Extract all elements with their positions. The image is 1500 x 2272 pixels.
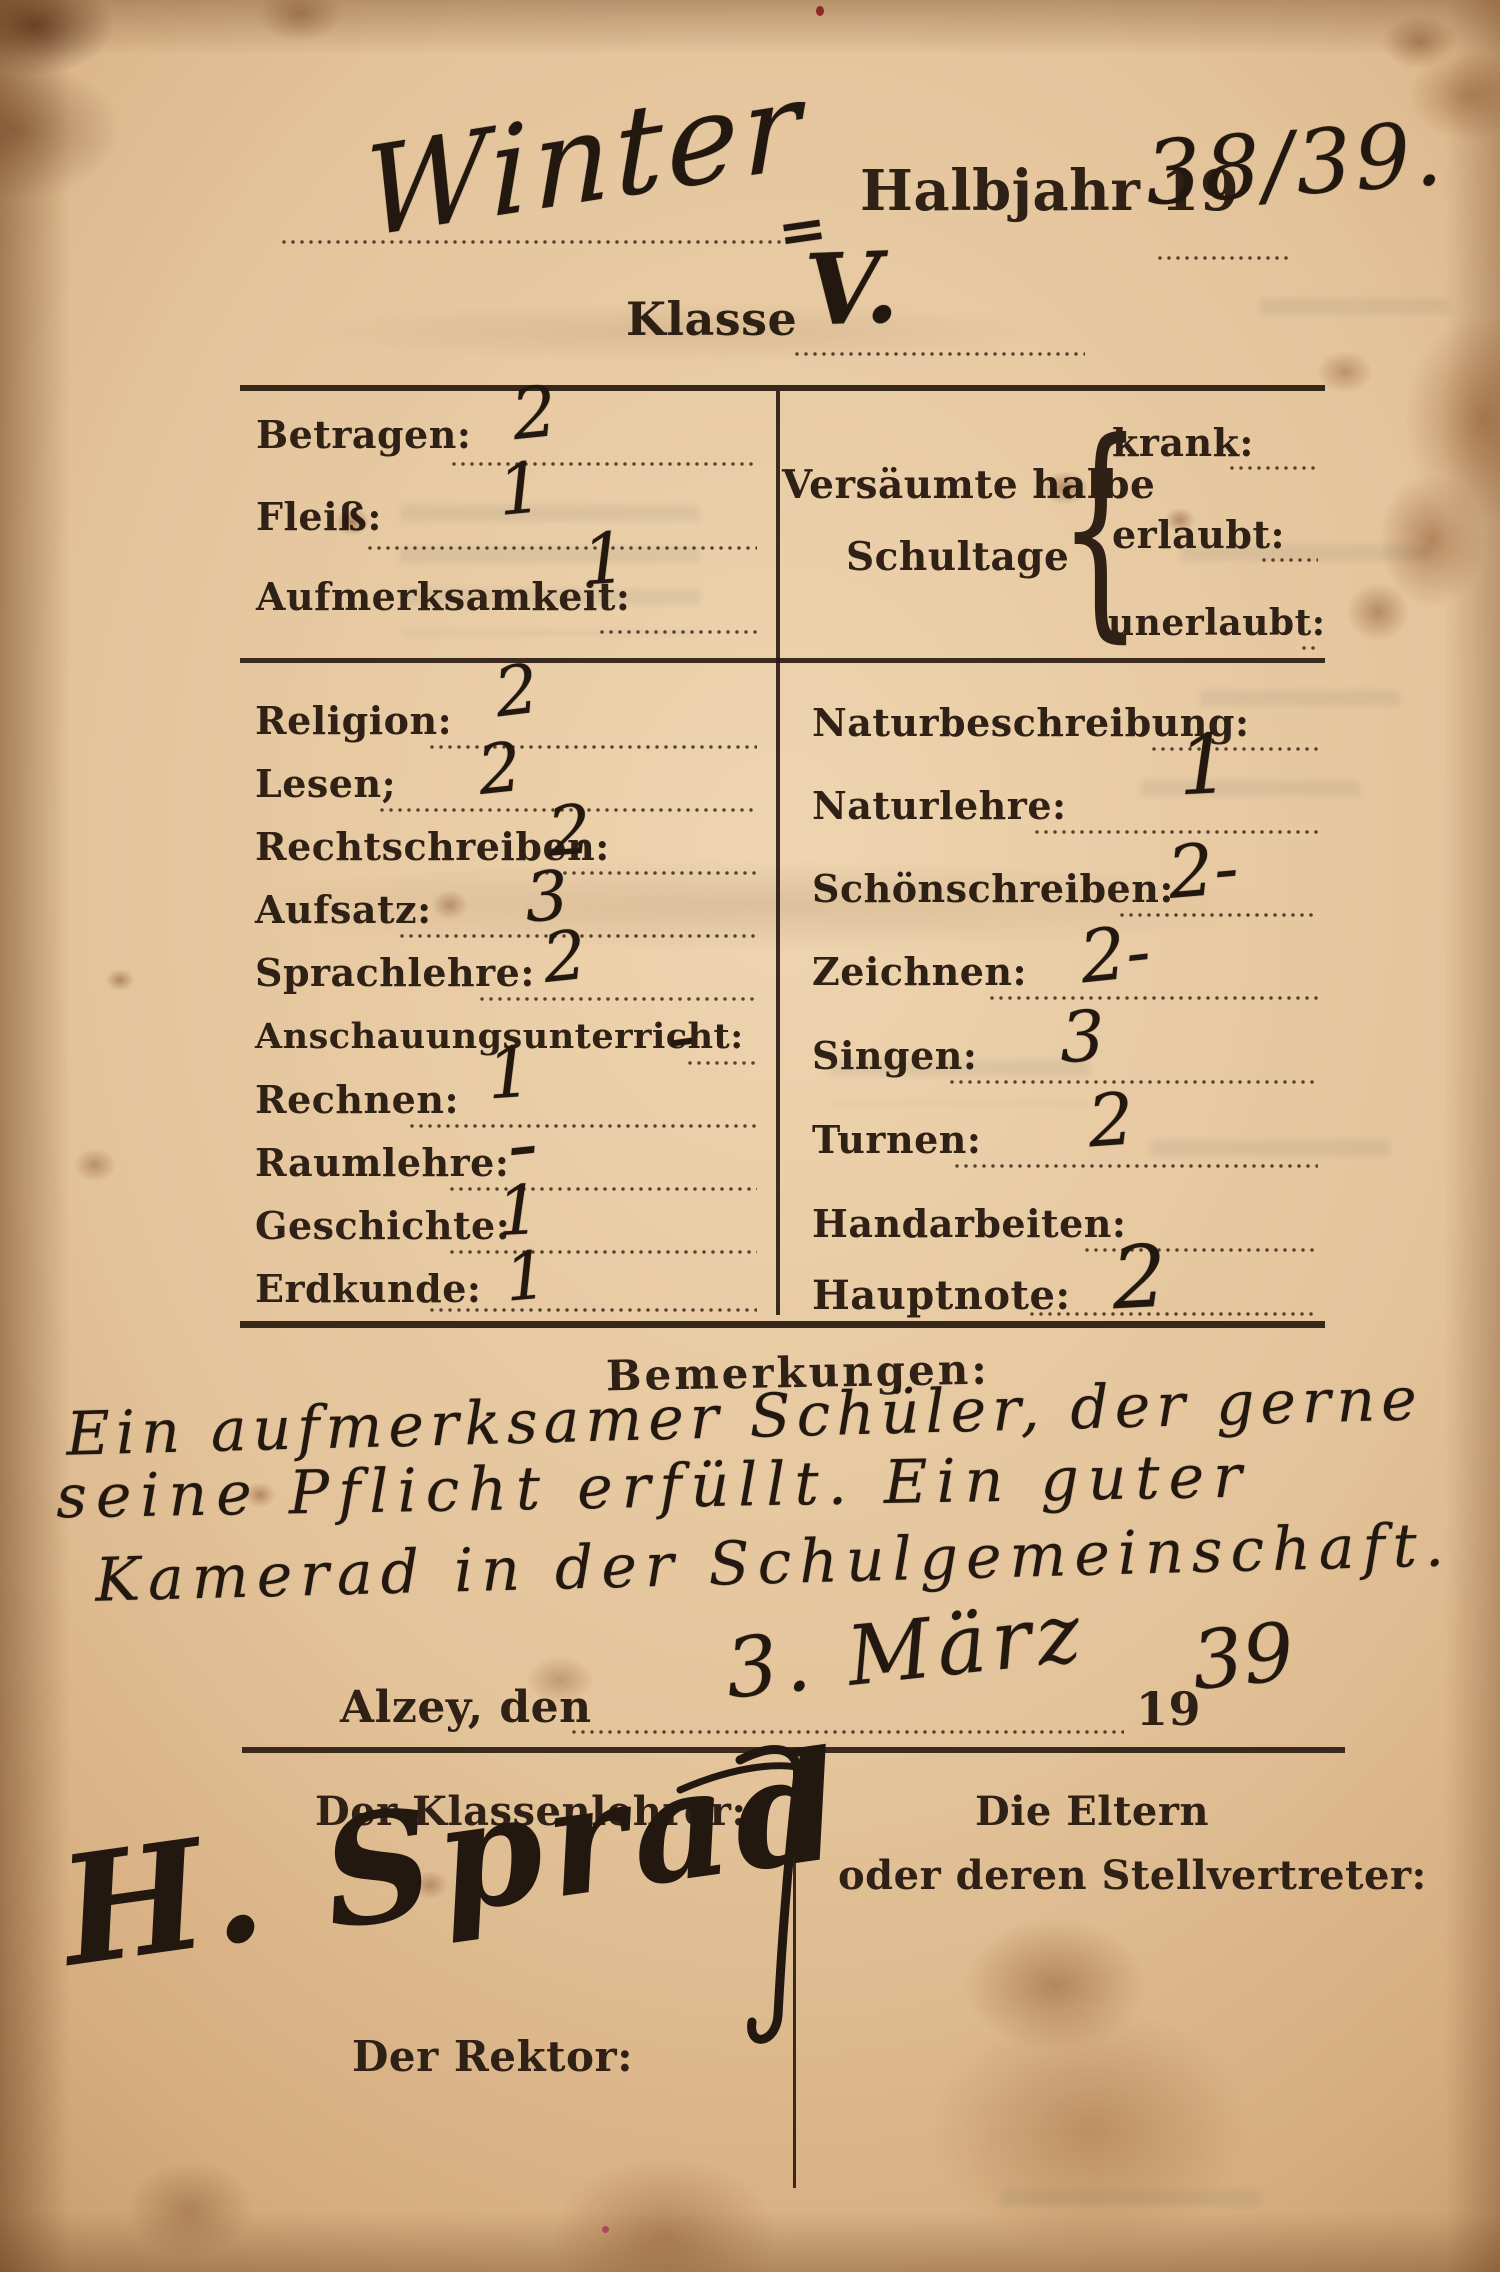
rektor-label: Der Rektor: [352,2032,633,2081]
date-handwritten: 3. März [721,1585,1091,1717]
subject-grade: 3 [1059,995,1106,1079]
subject-label: Singen: [812,1033,977,1078]
dotted-line [1262,558,1318,562]
dotted-line [368,546,757,550]
conduct-label: Fleiß: [256,494,382,539]
absence-item-label: krank: [1112,420,1254,465]
dotted-line [480,997,757,1001]
dotted-line [282,240,782,244]
absence-item-label: erlaubt: [1112,512,1285,557]
teacher-signature: H. Sprad [40,1730,940,2070]
klasse-label: Klasse [626,292,797,346]
pink-speck [602,2226,609,2233]
subject-label: Sprachlehre: [255,950,535,995]
parents-label-line1: Die Eltern [975,1788,1209,1835]
subject-grade: 1 [502,1236,551,1316]
subject-label: Turnen: [812,1117,981,1162]
subject-grade: 2 [1085,1077,1137,1164]
subject-grade: 2 [1109,1227,1169,1330]
subject-label: Aufsatz: [255,887,432,932]
year-handwritten: 38/39. [1142,102,1448,226]
dotted-line [950,1080,1318,1084]
subject-label: Raumlehre: [255,1140,509,1185]
dotted-line [795,352,1085,356]
conduct-grade: 2 [508,370,561,456]
subject-label: Naturlehre: [812,783,1067,828]
subject-label: Zeichnen: [812,949,1027,994]
dotted-line [990,996,1318,1000]
conduct-label: Betragen: [256,412,471,457]
subject-grade: 1 [1176,717,1233,815]
year-handwritten-footer: 39 [1187,1605,1298,1708]
subject-label: Lesen; [255,761,396,806]
red-speck [816,6,824,16]
showthrough-smudge [1000,2190,1260,2226]
subject-grade: 2 [539,916,590,999]
semester-handwritten: Winter [363,53,804,266]
table-vertical-divider [776,391,780,1315]
subject-grade: 2- [1076,909,1155,1000]
subject-label: Erdkunde: [255,1266,481,1311]
dotted-line [1030,1312,1318,1316]
subject-label: Rechnen: [255,1077,459,1122]
showthrough-smudge [1260,298,1450,334]
dotted-line [430,1308,757,1312]
absence-item-label: unerlaubt: [1108,602,1325,644]
subject-grade: 2 [474,728,525,811]
dotted-line [545,871,757,875]
report-card-page: Winter = Halbjahr 19 38/39. Klasse V. Be… [0,0,1500,2272]
dotted-line [688,1061,757,1065]
absence-label-line2: Schultage [846,534,1069,580]
subject-label: Handarbeiten: [812,1201,1126,1246]
table-section-divider [240,658,1325,663]
subject-label: Geschichte: [255,1203,510,1248]
dotted-line [1120,913,1318,917]
conduct-grade: 1 [579,517,629,602]
dotted-line [1158,256,1290,260]
subject-label: Schönschreiben: [812,866,1174,911]
place-date-label: Alzey, den [340,1682,592,1733]
dotted-line [1302,646,1318,650]
conduct-grade: 1 [495,446,547,532]
subject-grade: 1 [484,1031,534,1116]
dotted-line [1230,466,1318,470]
dotted-line [410,1124,757,1128]
conduct-label: Aufmerksamkeit: [256,574,630,619]
klasse-value-handwritten: V. [803,230,900,348]
dotted-line [450,1250,757,1254]
parents-label-line2: oder deren Stellvertreter: [838,1852,1427,1899]
subject-grade: 2- [1164,825,1241,915]
subject-label: Religion: [255,698,452,743]
dotted-line [600,630,757,634]
year-prefix: 19 [1136,1682,1201,1736]
dotted-line [955,1164,1318,1168]
